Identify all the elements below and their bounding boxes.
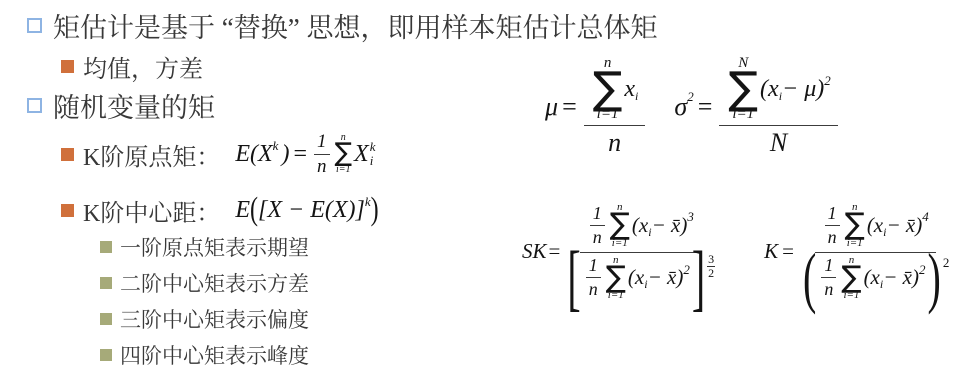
equals-sign: = bbox=[547, 239, 563, 264]
bullet-text: 二阶中心矩表示方差 bbox=[120, 268, 309, 298]
square-bullet-icon bbox=[100, 313, 112, 325]
fraction-numerator: 1 n n ∑ i=1 (x i − x̄) 3 bbox=[580, 202, 701, 253]
fraction-numerator: 1 bbox=[586, 255, 601, 278]
math-superscript: 2 bbox=[943, 255, 950, 271]
fraction-denominator: n bbox=[824, 278, 833, 300]
square-bullet-icon bbox=[100, 349, 112, 361]
left-paren: ( bbox=[803, 244, 816, 312]
math-superscript: k bbox=[273, 138, 279, 154]
formula-skewness: SK = 1 n n ∑ i=1 (x i − x̄) 3 bbox=[522, 202, 718, 301]
fraction-denominator: n bbox=[608, 126, 621, 158]
math-subscript: i bbox=[635, 89, 638, 104]
sum-lower-limit: i=1 bbox=[608, 290, 624, 301]
math-superscript: k bbox=[370, 140, 376, 154]
square-bullet-icon bbox=[61, 148, 74, 161]
fraction-denominator: n bbox=[828, 226, 837, 248]
math-token: SK bbox=[522, 239, 547, 264]
math-token: (x bbox=[864, 265, 880, 290]
fraction: 1 n bbox=[586, 255, 601, 300]
summation: n ∑ i=1 bbox=[841, 255, 861, 302]
right-paren: ) bbox=[927, 244, 940, 312]
sup-sub-stack: k i bbox=[370, 140, 376, 167]
outline-line-5: K阶中心距： E ( [X − E(X)] k ) bbox=[61, 188, 379, 232]
outline-line-6: 一阶原点矩表示期望 bbox=[100, 232, 309, 262]
fraction: N ∑ i=1 (x i − μ) 2 N bbox=[719, 56, 837, 158]
fraction-denominator: [ 1 n n ∑ i=1 (x i − x̄) 2 ] bbox=[565, 253, 715, 302]
math-subscript: i bbox=[644, 277, 647, 292]
summation: n ∑ i=1 bbox=[593, 56, 623, 122]
square-bullet-icon bbox=[61, 204, 74, 217]
sum-lower-limit: i=1 bbox=[597, 107, 619, 122]
bullet-text: 一阶原点矩表示期望 bbox=[120, 232, 309, 262]
math-superscript: 2 bbox=[687, 89, 694, 105]
fraction-numerator: 1 bbox=[314, 131, 330, 155]
math-token: σ bbox=[674, 92, 687, 122]
math-token: E( bbox=[235, 141, 258, 168]
summation: n ∑ i=1 bbox=[335, 133, 353, 174]
formula-k-central-moment: E ( [X − E(X)] k ) bbox=[235, 197, 378, 224]
equals-sign: = bbox=[778, 239, 798, 264]
fraction-denominator: n bbox=[317, 155, 327, 178]
math-token: (x bbox=[632, 213, 648, 238]
fraction: 1 n bbox=[821, 255, 836, 300]
outline-line-7: 二阶中心矩表示方差 bbox=[100, 268, 309, 298]
sum-lower-limit: i=1 bbox=[612, 238, 628, 249]
bullet-text: 随机变量的矩 bbox=[53, 86, 215, 125]
fraction: n ∑ i=1 x i n bbox=[584, 56, 646, 158]
outline-line-8: 三阶中心矩表示偏度 bbox=[100, 304, 309, 334]
fraction-numerator: 1 bbox=[590, 203, 605, 226]
outline-line-9: 四阶中心矩表示峰度 bbox=[100, 340, 309, 370]
math-subscript: i bbox=[370, 154, 374, 168]
math-token: − x̄) bbox=[886, 213, 922, 238]
math-superscript: 2 bbox=[919, 262, 926, 278]
math-token: (x bbox=[628, 265, 644, 290]
sigma-icon: ∑ bbox=[593, 71, 623, 107]
sum-lower-limit: i=1 bbox=[843, 290, 859, 301]
summation: N ∑ i=1 bbox=[728, 56, 758, 122]
outline-line-2: 均值，方差 bbox=[61, 49, 203, 84]
math-token: − μ) bbox=[782, 76, 824, 103]
fraction-numerator: 1 bbox=[825, 203, 840, 226]
formula-population-variance: σ 2 = N ∑ i=1 (x i − μ) 2 N bbox=[674, 56, 840, 158]
fraction-denominator: n bbox=[589, 278, 598, 300]
right-bracket: ] bbox=[692, 241, 705, 315]
math-token: X bbox=[258, 141, 273, 168]
fraction-denominator: N bbox=[770, 126, 787, 158]
math-subscript: i bbox=[779, 89, 782, 104]
formula-row-1: μ = n ∑ i=1 x i n σ 2 = bbox=[545, 56, 841, 158]
outline-line-3: 随机变量的矩 bbox=[27, 86, 215, 125]
math-superscript: 3 bbox=[687, 209, 694, 225]
equals-sign: = bbox=[558, 92, 581, 122]
outline-line-4: K阶原点矩： E(Xk) = 1 n n ∑ i=1 X k i bbox=[61, 126, 375, 182]
fraction-numerator: N ∑ i=1 (x i − μ) 2 bbox=[719, 56, 837, 126]
right-paren: ) bbox=[371, 194, 379, 226]
summation: n ∑ i=1 bbox=[610, 202, 630, 249]
math-subscript: i bbox=[883, 225, 886, 240]
math-superscript: 4 bbox=[922, 209, 929, 225]
formula-row-2: SK = 1 n n ∑ i=1 (x i − x̄) 3 bbox=[522, 202, 952, 301]
summation: n ∑ i=1 bbox=[606, 255, 626, 302]
sum-lower-limit: i=1 bbox=[732, 107, 754, 122]
math-token: E bbox=[235, 197, 250, 224]
fraction: 1 n bbox=[590, 203, 605, 248]
sum-lower-limit: i=1 bbox=[847, 238, 863, 249]
fraction-numerator: 1 bbox=[821, 255, 836, 278]
fraction: 1 n n ∑ i=1 (x i − x̄) 3 [ bbox=[565, 202, 715, 301]
math-token: (x bbox=[760, 76, 779, 103]
hollow-square-bullet-icon bbox=[27, 98, 42, 113]
left-paren: ( bbox=[250, 194, 258, 226]
math-token: x bbox=[624, 76, 635, 103]
exponent-denominator: 2 bbox=[708, 267, 714, 280]
math-token: − x̄) bbox=[648, 265, 684, 290]
math-token: − x̄) bbox=[652, 213, 688, 238]
sigma-icon: ∑ bbox=[845, 213, 865, 238]
bullet-label: K阶原点矩： bbox=[83, 137, 220, 172]
equals-sign: = bbox=[694, 92, 717, 122]
math-token: K bbox=[764, 239, 778, 264]
fraction-denominator: ( 1 n n ∑ i=1 (x i − x̄) 2 ) 2 bbox=[801, 253, 949, 302]
hollow-square-bullet-icon bbox=[27, 18, 42, 33]
sigma-icon: ∑ bbox=[841, 266, 861, 291]
sigma-icon: ∑ bbox=[606, 266, 626, 291]
sigma-icon: ∑ bbox=[610, 213, 630, 238]
math-token: (x bbox=[867, 213, 883, 238]
math-token: μ bbox=[545, 92, 558, 122]
bullet-text: 四阶中心矩表示峰度 bbox=[120, 340, 309, 370]
square-bullet-icon bbox=[61, 60, 74, 73]
sigma-icon: ∑ bbox=[335, 143, 353, 164]
fraction: 1 n bbox=[314, 131, 330, 178]
left-bracket: [ bbox=[567, 241, 580, 315]
fraction-numerator: 1 n n ∑ i=1 (x i − x̄) 4 bbox=[815, 202, 936, 253]
formula-k-origin-moment: E(Xk) = 1 n n ∑ i=1 X k i bbox=[235, 131, 375, 178]
math-token: ) bbox=[281, 141, 289, 168]
math-superscript: 2 bbox=[824, 73, 831, 89]
bullet-text: 三阶中心矩表示偏度 bbox=[120, 304, 309, 334]
math-token: − x̄) bbox=[883, 265, 919, 290]
equals-sign: = bbox=[289, 141, 311, 168]
exponent-fraction: 3 2 bbox=[707, 253, 715, 280]
summation: n ∑ i=1 bbox=[845, 202, 865, 249]
formula-kurtosis: K = 1 n n ∑ i=1 (x i − x̄) 4 bbox=[764, 202, 952, 301]
square-bullet-icon bbox=[100, 241, 112, 253]
math-token: X bbox=[354, 141, 369, 168]
fraction: 1 n n ∑ i=1 (x i − x̄) 4 ( bbox=[801, 202, 949, 301]
bullet-label: K阶中心距： bbox=[83, 193, 220, 228]
math-superscript: 2 bbox=[683, 262, 690, 278]
fraction-denominator: n bbox=[593, 226, 602, 248]
square-bullet-icon bbox=[100, 277, 112, 289]
sum-lower-limit: i=1 bbox=[336, 165, 351, 175]
math-token: [X − E(X)] bbox=[258, 197, 365, 224]
sigma-icon: ∑ bbox=[728, 71, 758, 107]
formula-population-mean: μ = n ∑ i=1 x i n bbox=[545, 56, 648, 158]
fraction-numerator: n ∑ i=1 x i bbox=[584, 56, 646, 126]
math-subscript: i bbox=[880, 277, 883, 292]
bullet-text: 均值，方差 bbox=[83, 49, 203, 84]
math-subscript: i bbox=[648, 225, 651, 240]
slide: 矩估计是基于 “替换” 思想，即用样本矩估计总体矩 均值，方差 随机变量的矩 K… bbox=[0, 0, 975, 386]
fraction: 1 n bbox=[825, 203, 840, 248]
exponent-numerator: 3 bbox=[707, 253, 715, 267]
bullet-text: 矩估计是基于 “替换” 思想，即用样本矩估计总体矩 bbox=[53, 6, 657, 45]
outline-line-1: 矩估计是基于 “替换” 思想，即用样本矩估计总体矩 bbox=[27, 6, 657, 45]
